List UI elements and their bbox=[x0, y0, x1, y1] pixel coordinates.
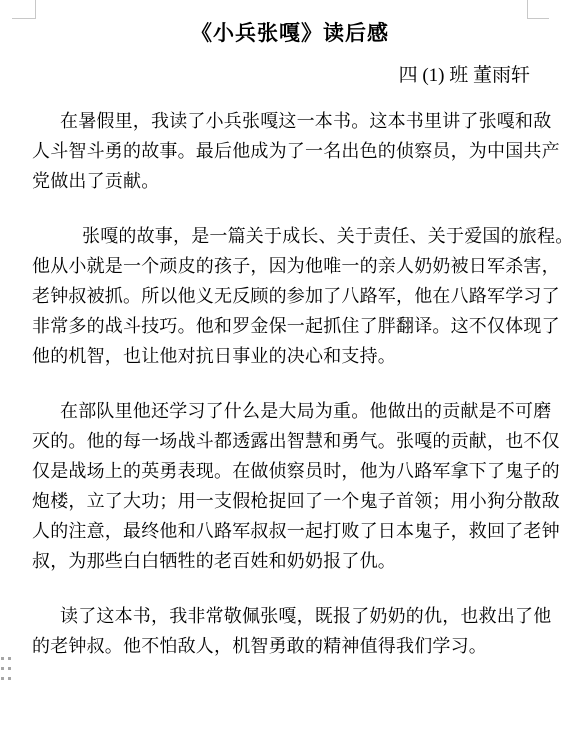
text-line: 非常多的战斗技巧。他和罗金保一起抓住了胖翻译。这不仅体现了 bbox=[32, 311, 548, 341]
text-line: 仅是战场上的英勇表现。在做侦察员时，他为八路军拿下了鬼子的 bbox=[32, 456, 548, 486]
text-line: 张嘎的故事，是一篇关于成长、关于责任、关于爱国的旅程。 bbox=[32, 221, 548, 251]
text-line: 他从小就是一个顽皮的孩子，因为他唯一的亲人奶奶被日军杀害， bbox=[32, 251, 548, 281]
text-line: 党做出了贡献。 bbox=[32, 166, 548, 196]
paragraph: 在部队里他还学习了什么是大局为重。他做出的贡献是不可磨灭的。他的每一场战斗都透露… bbox=[32, 396, 548, 576]
document-title: 《小兵张嘎》读后感 bbox=[0, 20, 580, 48]
text-line: 人的注意，最终他和八路军叔叔一起打败了日本鬼子，救回了老钟 bbox=[32, 516, 548, 546]
text-line: 叔，为那些白白牺牲的老百姓和奶奶报了仇。 bbox=[32, 546, 548, 576]
margin-crop-mark-top-left-vertical bbox=[35, 0, 36, 18]
paragraph: 在暑假里，我读了小兵张嘎这一本书。这本书里讲了张嘎和敌人斗智斗勇的故事。最后他成… bbox=[32, 106, 548, 196]
text-line: 读了这本书，我非常敬佩张嘎，既报了奶奶的仇，也救出了他 bbox=[32, 601, 548, 631]
text-line: 灭的。他的每一场战斗都透露出智慧和勇气。张嘎的贡献，也不仅 bbox=[32, 426, 548, 456]
drag-handle-dots-icon[interactable] bbox=[1, 657, 4, 660]
text-line: 的老钟叔。他不怕敌人，机智勇敢的精神值得我们学习。 bbox=[32, 631, 548, 661]
margin-crop-mark-top-right-vertical bbox=[527, 0, 528, 18]
margin-crop-mark-top-right-horizontal bbox=[527, 18, 549, 19]
text-line: 他的机智，也让他对抗日事业的决心和支持。 bbox=[32, 341, 548, 371]
paragraph: 张嘎的故事，是一篇关于成长、关于责任、关于爱国的旅程。他从小就是一个顽皮的孩子，… bbox=[32, 221, 548, 371]
paragraph: 读了这本书，我非常敬佩张嘎，既报了奶奶的仇，也救出了他的老钟叔。他不怕敌人，机智… bbox=[32, 601, 548, 661]
text-line: 老钟叔被抓。所以他义无反顾的参加了八路军，他在八路军学习了 bbox=[32, 281, 548, 311]
byline: 四 (1) 班 董雨轩 bbox=[33, 62, 530, 90]
text-line: 在暑假里，我读了小兵张嘎这一本书。这本书里讲了张嘎和敌 bbox=[32, 106, 548, 136]
margin-crop-mark-top-left-horizontal bbox=[12, 18, 36, 19]
text-line: 人斗智斗勇的故事。最后他成为了一名出色的侦察员，为中国共产 bbox=[32, 136, 548, 166]
document-page: 《小兵张嘎》读后感 四 (1) 班 董雨轩 在暑假里，我读了小兵张嘎这一本书。这… bbox=[0, 0, 580, 740]
essay-body: 在暑假里，我读了小兵张嘎这一本书。这本书里讲了张嘎和敌人斗智斗勇的故事。最后他成… bbox=[32, 106, 548, 661]
text-line: 炮楼，立了大功；用一支假枪捉回了一个鬼子首领；用小狗分散敌 bbox=[32, 486, 548, 516]
text-line: 在部队里他还学习了什么是大局为重。他做出的贡献是不可磨 bbox=[32, 396, 548, 426]
